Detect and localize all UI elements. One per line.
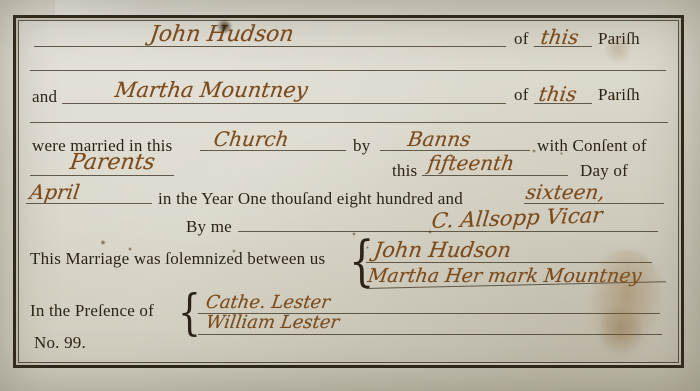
by-label: by	[353, 137, 370, 154]
day-value: fifteenth	[427, 153, 516, 173]
bride-signature: Martha Her mark Mountney	[367, 267, 643, 286]
bride-of-label: of	[514, 86, 529, 103]
year-value: sixteen,	[525, 182, 607, 202]
by-value: Banns	[407, 129, 472, 149]
month-line	[26, 203, 152, 204]
groom-parish-label: Pariſh	[598, 30, 640, 47]
bride-parish-value: this	[538, 84, 578, 104]
consent-line	[30, 175, 174, 176]
groom-parish-value: this	[540, 27, 580, 47]
and-label: and	[32, 88, 57, 105]
groom-signature: John Hudson	[373, 240, 513, 261]
by-me-label: By me	[186, 218, 232, 235]
year-label: in the Year One thouſand eight hundred a…	[158, 190, 463, 207]
bride-parish-label: Pariſh	[598, 86, 640, 103]
separator-line-1	[30, 70, 666, 71]
witness2-signature: William Lester	[205, 314, 341, 332]
consent-value: Parents	[68, 152, 156, 174]
consent-label: with Conſent of	[537, 137, 647, 154]
marriage-register-scan: John Hudson of this Pariſh and Martha Mo…	[0, 0, 700, 391]
presence-label: In the Preſence of	[30, 302, 154, 319]
solemnized-label: This Marriage was ſolemnized between us	[30, 250, 325, 267]
day-of-label: Day of	[580, 162, 628, 179]
bride-name-line	[62, 103, 506, 104]
witness2-line	[198, 334, 662, 335]
entry-number: No. 99.	[34, 334, 86, 351]
month-value: April	[29, 182, 81, 202]
married-in-value: Church	[213, 129, 291, 149]
groom-name: John Hudson	[148, 24, 295, 46]
groom-of-label: of	[514, 30, 529, 47]
fold-highlight	[55, 0, 150, 15]
day-line	[422, 175, 568, 176]
witness1-signature: Cathe. Lester	[205, 294, 331, 312]
groom-signature-line	[366, 262, 652, 263]
bride-name: Martha Mountney	[114, 80, 310, 101]
this-label: this	[392, 162, 417, 179]
separator-line-2	[30, 122, 668, 123]
